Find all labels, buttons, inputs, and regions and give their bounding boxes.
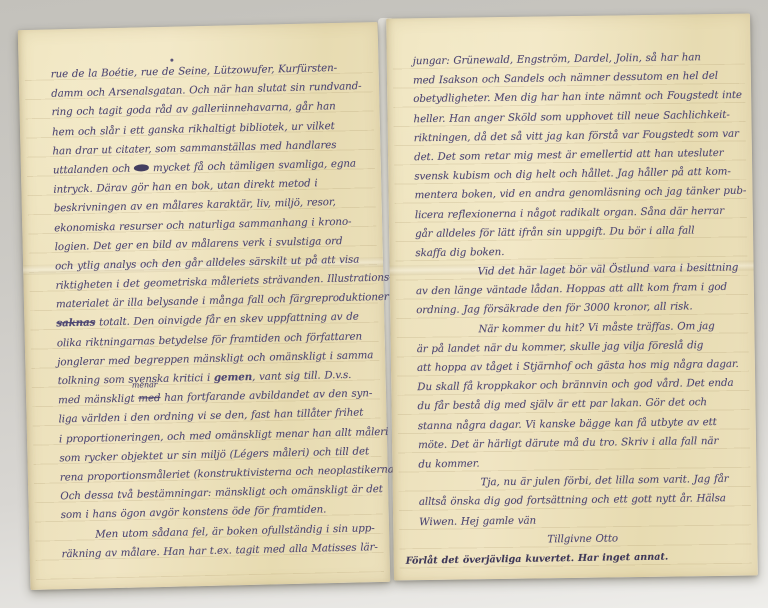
text-segment: ring och tagit goda råd av galleriinneha… (51, 101, 335, 119)
text-segment: Förlåt det överjävliga kuvertet. Har ing… (406, 551, 669, 566)
text-segment: han fortfarande avbildandet av den syn- (160, 387, 372, 404)
text-segment: totalt. Den oinvigde får en skev uppfatt… (95, 311, 359, 329)
text-segment: med Isakson och Sandels och nämner dessu… (413, 70, 718, 87)
inserted-word-above-line: menar (132, 381, 158, 390)
text-segment: räkning av målare. Han har t.ex. tagit m… (61, 541, 377, 560)
text-segment: När kommer du hit? Vi måste träffas. Om … (478, 320, 714, 335)
text-segment: hem och slår i ett ganska rikhaltigt bib… (52, 120, 335, 138)
text-segment: heller. Han anger Sköld som upphovet til… (413, 108, 729, 124)
text-segment: rue de la Boétie, rue de Seine, Lützowuf… (51, 62, 338, 80)
text-segment: av den länge väntade lådan. Hoppas att a… (416, 281, 727, 297)
text-segment: som i hans ögon avgör konstens öde för f… (61, 504, 327, 522)
letter-page-left: rue de la Boétie, rue de Seine, Lützowuf… (18, 22, 391, 590)
text-segment: med (138, 392, 160, 404)
text-segment: intryck. Därav gör han en bok, utan dire… (53, 177, 317, 196)
text-segment: svensk kubism och dig helt och hållet. J… (414, 166, 731, 183)
text-segment: licera reflexionerna i något radikalt or… (415, 204, 724, 220)
text-segment: logien. Det ger en bild av målarens verk… (54, 235, 342, 253)
text-segment: stanna några dagar. Vi kanske bägge kan … (418, 416, 717, 432)
text-segment: Tillgivne Otto (547, 532, 618, 545)
text-segment: Wiwen. Hej gamle vän (419, 514, 536, 528)
text-segment: möte. Det är härligt därute må du tro. S… (418, 435, 718, 451)
text-segment: saknas (56, 317, 95, 330)
text-segment: beskrivningen av en målares karaktär, li… (54, 196, 336, 214)
ink-blot (134, 165, 149, 172)
text-segment: mycket få och tämligen svamliga, egna (149, 157, 356, 174)
text-segment: ordning. Jag försäkrade den för 3000 kro… (416, 301, 693, 317)
text-segment: Du skall få kroppkakor och brännvin och … (417, 377, 733, 393)
text-segment: uttalanden och (53, 162, 135, 176)
text-segment: att hoppa av tåget i Stjärnhof och gästa… (417, 358, 739, 374)
text-segment: obetydligheter. Men dig har han inte näm… (413, 89, 742, 105)
text-segment: gemen (214, 371, 252, 384)
text-segment: Vid det här laget bör väl Östlund vara i… (478, 261, 739, 277)
text-segment: går alldeles för lätt ifrån sin uppgift.… (415, 224, 694, 239)
text-segment: alltså önska dig god fortsättning och et… (419, 492, 726, 508)
text-segment: ekonomiska resurser och naturliga samman… (54, 215, 351, 234)
text-segment: det. Det som retar mig mest är emellerti… (414, 147, 724, 163)
text-segment: är på landet när du kommer, skulle jag v… (417, 339, 704, 355)
text-segment: liga världen i den ordning vi se den, fa… (58, 407, 363, 426)
text-segment: Tja, nu är julen förbi, det lilla som va… (480, 473, 728, 488)
text-segment: med mänskligt (58, 393, 138, 407)
text-segment: jungar: Grünewald, Engström, Dardel, Jol… (413, 51, 701, 67)
page-text: rue de la Boétie, rue de Seine, Lützowuf… (51, 58, 384, 564)
text-segment: olika riktningarnas betydelse för framti… (57, 330, 362, 349)
text-segment: han drar ut citater, som sammanställas m… (52, 139, 336, 157)
ink-dot (170, 59, 173, 62)
text-segment: jonglerar med begreppen mänskligt och om… (57, 349, 373, 368)
text-segment: du kommer. (418, 457, 479, 470)
text-segment: skaffa dig boken. (415, 246, 504, 259)
text-segment: du får bestå dig med själv är ett par la… (417, 397, 707, 413)
text-segment: Men utom sådana fel, är boken ofullständ… (95, 522, 375, 540)
text-segment: riktningen, då det så vitt jag kan först… (414, 127, 739, 144)
letter-page-right: jungar: Grünewald, Engström, Dardel, Jol… (386, 13, 758, 580)
photograph-background: rue de la Boétie, rue de Seine, Lützowuf… (0, 0, 768, 608)
text-segment: , vant sig till. D.v.s. (252, 369, 351, 383)
text-segment: mentera boken, vid en andra genomläsning… (414, 185, 746, 202)
page-text: jungar: Grünewald, Engström, Dardel, Jol… (413, 48, 752, 571)
